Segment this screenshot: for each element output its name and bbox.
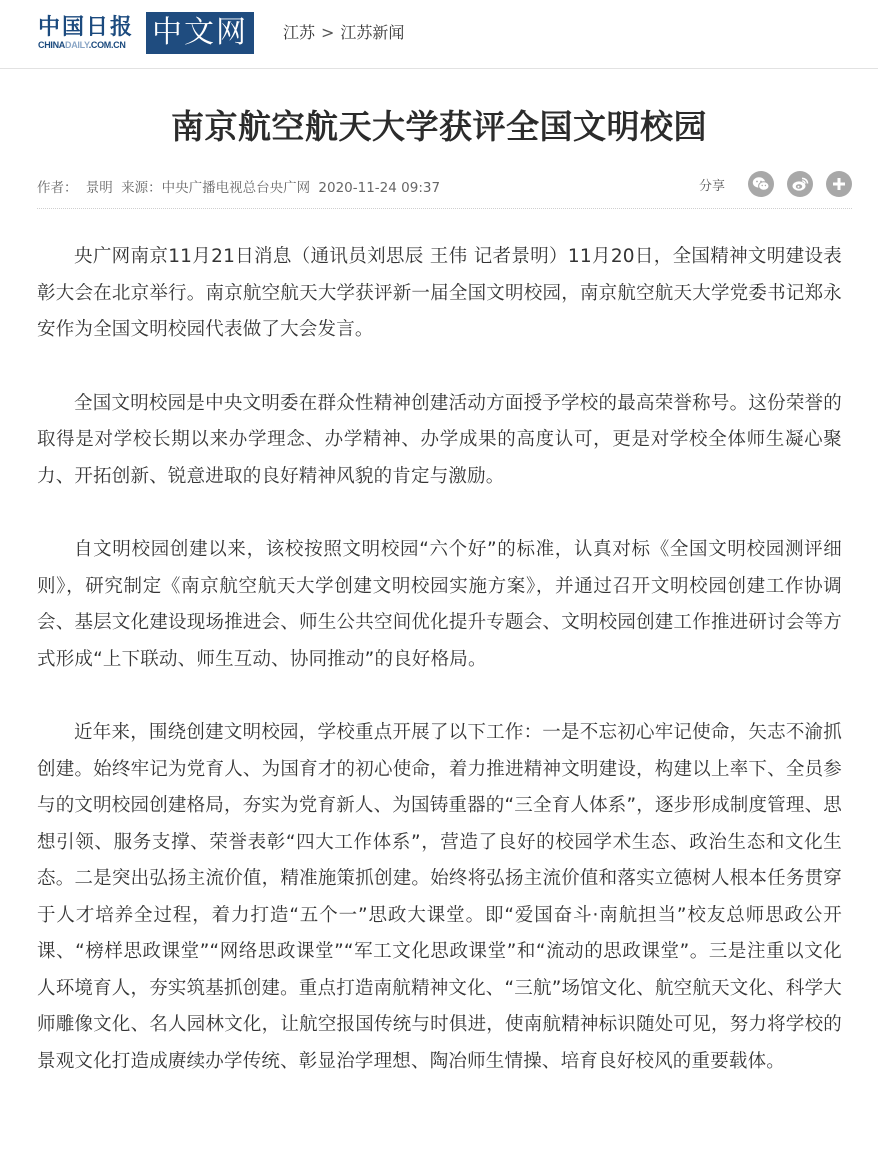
logo-domain-light: DAILY bbox=[65, 40, 89, 50]
share-bar: 分享 bbox=[699, 171, 852, 197]
source-name: 中央广播电视总台央广网 bbox=[162, 180, 311, 196]
author-label: 作者： bbox=[37, 180, 78, 196]
logo-box: 中文网 bbox=[146, 12, 254, 54]
source-label: 来源： bbox=[121, 180, 162, 196]
breadcrumb-separator: > bbox=[321, 23, 334, 42]
article-title: 南京航空航天大学获评全国文明校园 bbox=[0, 102, 878, 152]
weibo-icon[interactable] bbox=[787, 171, 813, 197]
article-paragraph: 央广网南京11月21日消息（通讯员刘思辰 王伟 记者景明）11月20日，全国精神… bbox=[37, 239, 842, 349]
article-paragraph: 全国文明校园是中央文明委在群众性精神创建活动方面授予学校的最高荣誉称号。这份荣誉… bbox=[37, 386, 842, 496]
logo-domain-suffix: .COM.CN bbox=[89, 40, 126, 50]
plus-icon[interactable] bbox=[826, 171, 852, 197]
article-paragraph: 自文明校园创建以来，该校按照文明校园“六个好”的标准，认真对标《全国文明校园测评… bbox=[37, 532, 842, 678]
breadcrumb: 江苏>江苏新闻 bbox=[283, 20, 404, 43]
breadcrumb-item-jiangsu-news[interactable]: 江苏新闻 bbox=[340, 23, 404, 42]
author-name: 景明 bbox=[86, 180, 113, 196]
article-paragraph: 近年来，围绕创建文明校园，学校重点开展了以下工作：一是不忘初心牢记使命，矢志不渝… bbox=[37, 715, 842, 1080]
logo-domain-dark: CHINA bbox=[38, 40, 65, 50]
meta-info: 作者： 景明 来源：中央广播电视总台央广网 2020-11-24 09:37 bbox=[37, 176, 444, 196]
publish-datetime: 2020-11-24 09:37 bbox=[318, 180, 440, 196]
logo-chinese-name: 中国日报 bbox=[38, 15, 144, 39]
article-body: 央广网南京11月21日消息（通讯员刘思辰 王伟 记者景明）11月20日，全国精神… bbox=[37, 239, 842, 1080]
logo-domain: CHINADAILY.COM.CN bbox=[38, 39, 144, 51]
share-label: 分享 bbox=[699, 175, 725, 194]
article-meta: 作者： 景明 来源：中央广播电视总台央广网 2020-11-24 09:37 分… bbox=[37, 174, 852, 209]
site-header: 中国日报 CHINADAILY.COM.CN 中文网 江苏>江苏新闻 bbox=[0, 0, 878, 69]
breadcrumb-item-jiangsu[interactable]: 江苏 bbox=[283, 23, 315, 42]
logo-wordmark: 中国日报 CHINADAILY.COM.CN bbox=[38, 12, 144, 54]
wechat-icon[interactable] bbox=[748, 171, 774, 197]
chinadaily-logo[interactable]: 中国日报 CHINADAILY.COM.CN 中文网 bbox=[38, 12, 254, 54]
